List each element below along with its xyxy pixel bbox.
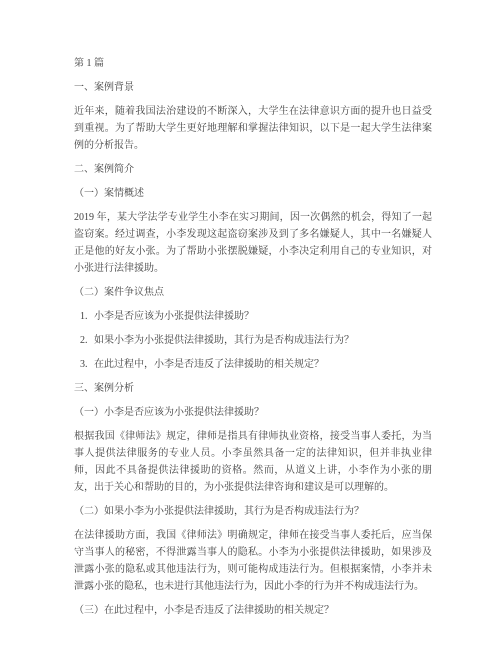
section-3-sub-1-paragraph: 根据我国《律师法》规定，律师是指具有律师执业资格，接受当事人委托，为当事人提供法… <box>74 428 432 496</box>
section-2-sub-1-paragraph: 2019 年，某大学法学专业学生小李在实习期间，因一次偶然的机会，得知了一起盗窃… <box>74 209 432 277</box>
section-3-sub-2-heading: （二）如果小李为小张提供法律援助，其行为是否构成违法行为？ <box>74 503 432 520</box>
section-3-sub-2-paragraph: 在法律援助方面，我国《律师法》明确规定，律师在接受当事人委托后，应当保守当事人的… <box>74 527 432 595</box>
section-3-sub-1-heading: （一）小李是否应该为小张提供法律援助？ <box>74 404 432 421</box>
document-page: 第 1 篇 一、案例背景 近年来，随着我国法治建设的不断深入，大学生在法律意识方… <box>0 0 502 649</box>
dispute-focus-list: 小李是否应该为小张提供法律援助？ 如果小李为小张提供法律援助，其行为是否构成违法… <box>74 308 432 373</box>
section-3-heading: 三、案例分析 <box>74 380 432 397</box>
section-2-heading: 二、案例简介 <box>74 161 432 178</box>
list-item: 如果小李为小张提供法律援助，其行为是否构成违法行为？ <box>90 332 432 349</box>
section-1-paragraph: 近年来，随着我国法治建设的不断深入，大学生在法律意识方面的提升也日益受到重视。为… <box>74 103 432 154</box>
list-item: 小李是否应该为小张提供法律援助？ <box>90 308 432 325</box>
section-2-sub-2-heading: （二）案件争议焦点 <box>74 284 432 301</box>
section-2-sub-1-heading: （一）案情概述 <box>74 185 432 202</box>
section-1-heading: 一、案例背景 <box>74 79 432 96</box>
section-3-sub-3-heading: （三）在此过程中，小李是否违反了法律援助的相关规定？ <box>74 602 432 619</box>
chapter-title: 第 1 篇 <box>74 55 432 72</box>
list-item: 在此过程中，小李是否违反了法律援助的相关规定？ <box>90 356 432 373</box>
